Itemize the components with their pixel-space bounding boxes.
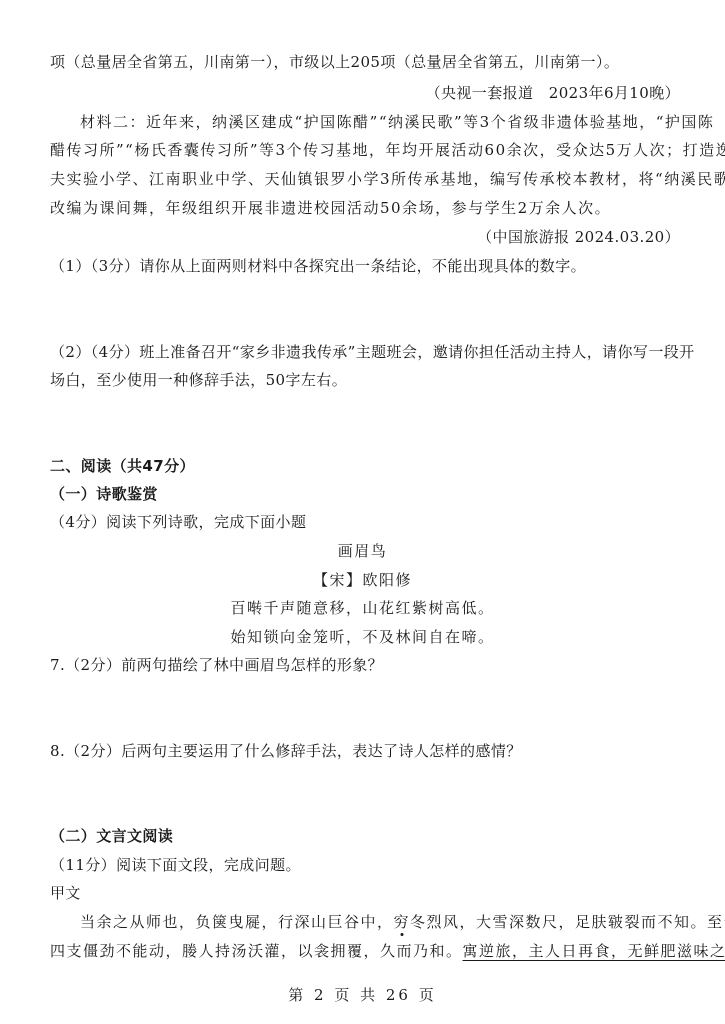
question-2-line-2: 场白，至少使用一种修辞手法，50字左右。 bbox=[50, 370, 680, 390]
section-two-title: 二、阅读（共47分） bbox=[50, 456, 680, 476]
material-two-source: （中国旅游报 2024.03.20） bbox=[50, 227, 680, 247]
underlined-sentence: 寓逆旅，主人日再食，无鲜肥滋味之享。 bbox=[463, 942, 725, 960]
material-two-line-4: 改编为课间舞，年级组织开展非遗进校园活动50余场，参与学生2万余人次。 bbox=[50, 198, 680, 218]
poetry-instruction: （4分）阅读下列诗歌，完成下面小题 bbox=[50, 512, 680, 532]
passage-label: 甲文 bbox=[50, 883, 680, 903]
poetry-heading: （一）诗歌鉴赏 bbox=[50, 484, 680, 504]
material-two-line-2: 醋传习所”“杨氏香囊传习所”等3个传习基地，年均开展活动60余次，受众达5万人次… bbox=[50, 140, 680, 160]
material-one-tail-line: 项（总量居全省第五，川南第一），市级以上205项（总量居全省第五，川南第一）。 bbox=[50, 52, 680, 72]
question-7: 7.（2分）前两句描绘了林中画眉鸟怎样的形象？ bbox=[50, 655, 680, 675]
poem-author: 【宋】欧阳修 bbox=[0, 570, 725, 590]
classical-instruction: （11分）阅读下面文段，完成问题。 bbox=[50, 855, 680, 875]
classical-heading: （二）文言文阅读 bbox=[50, 826, 680, 846]
poem-line-1: 百啭千声随意移，山花红紫树高低。 bbox=[0, 598, 725, 618]
material-two-line-3: 夫实验小学、江南职业中学、天仙镇银罗小学3所传承基地，编写传承校本教材，将“纳溪… bbox=[50, 169, 680, 189]
passage-line-2: 四支僵劲不能动，媵人持汤沃灌，以衾拥覆，久而乃和。寓逆旅，主人日再食，无鲜肥滋味… bbox=[50, 941, 680, 961]
poem-line-2: 始知锁向金笼听，不及林间自在啼。 bbox=[0, 627, 725, 647]
page-footer: 第 2 页 共 26 页 bbox=[0, 985, 725, 1005]
question-2-line-1: （2）（4分）班上准备召开“家乡非遗我传承”主题班会，邀请你担任活动主持人，请你… bbox=[50, 342, 680, 362]
material-one-source: （央视一套报道 2023年6月10晚） bbox=[50, 83, 680, 103]
passage-line-1-start: 当余之从师也，负箧曳屣，行深山巨谷中， bbox=[80, 913, 394, 931]
material-two-line-1: 材料二：近年来，纳溪区建成“护国陈醋”“纳溪民歌”等3个省级非遗体验基地，“护国… bbox=[80, 112, 680, 132]
passage-line-1: 当余之从师也，负箧曳屣，行深山巨谷中，穷冬烈风，大雪深数尺，足肤皲裂而不知。至舍… bbox=[80, 912, 680, 932]
emphasis-dot-char: 穷 bbox=[394, 913, 411, 931]
question-8: 8.（2分）后两句主要运用了什么修辞手法，表达了诗人怎样的感情？ bbox=[50, 741, 680, 761]
passage-line-1-end: 冬烈风，大雪深数尺，足肤皲裂而不知。至舍， bbox=[410, 913, 725, 931]
passage-line-2-plain: 四支僵劲不能动，媵人持汤沃灌，以衾拥覆，久而乃和。 bbox=[50, 942, 463, 960]
question-1: （1）（3分）请你从上面两则材料中各探究出一条结论，不能出现具体的数字。 bbox=[50, 256, 680, 276]
poem-title: 画眉鸟 bbox=[0, 541, 725, 561]
